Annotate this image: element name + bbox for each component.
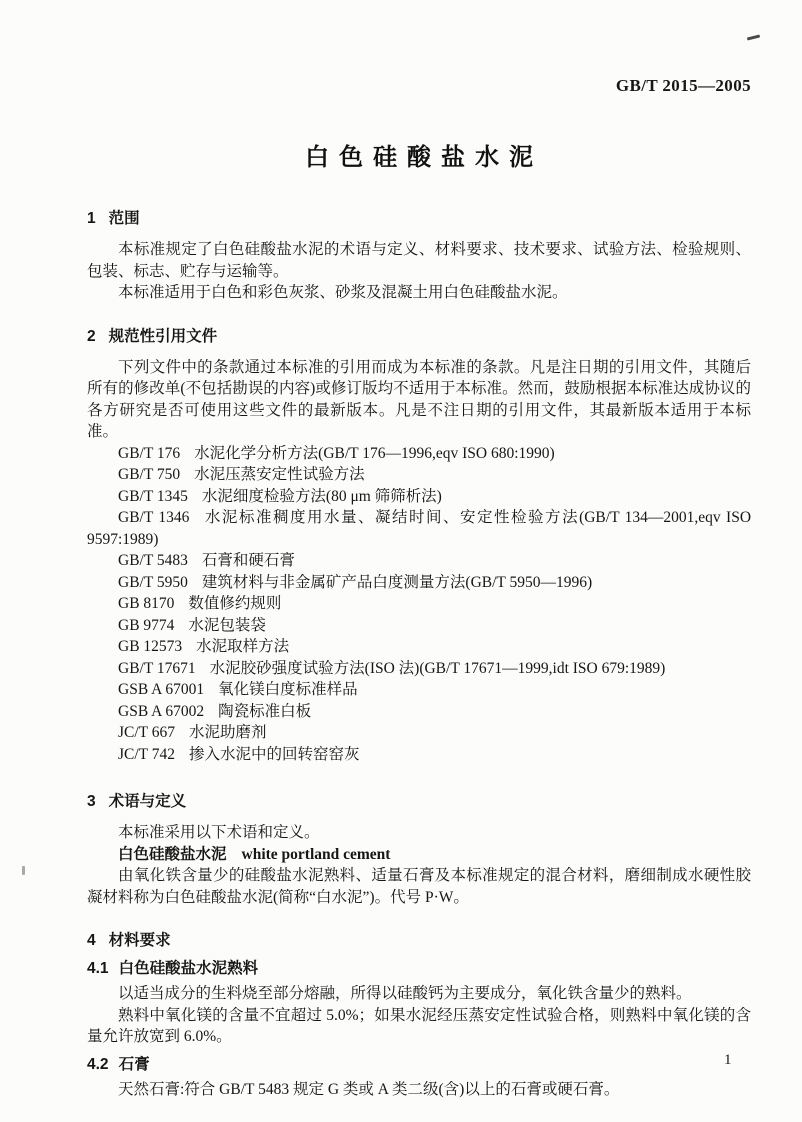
section-1-number: 1 bbox=[87, 210, 96, 227]
reference-item: GB/T 750水泥压蒸安定性试验方法 bbox=[87, 464, 751, 486]
reference-code: GB/T 5483 bbox=[118, 552, 188, 569]
reference-name: 数值修约规则 bbox=[188, 595, 281, 612]
reference-code: GB/T 1345 bbox=[118, 488, 188, 505]
section-4-2-paragraph-1: 天然石膏:符合 GB/T 5483 规定 G 类或 A 类二级(含)以上的石膏或… bbox=[87, 1079, 751, 1101]
reference-code: GSB A 67002 bbox=[118, 703, 204, 720]
reference-item: GB 9774水泥包装袋 bbox=[87, 615, 751, 637]
section-4-1-paragraph-1: 以适当成分的生料烧至部分熔融，所得以硅酸钙为主要成分，氧化铁含量少的熟料。 bbox=[87, 983, 751, 1005]
reference-code: GB/T 17671 bbox=[118, 660, 196, 677]
reference-item: GB 12573水泥取样方法 bbox=[87, 636, 751, 658]
section-2-number: 2 bbox=[87, 328, 96, 345]
reference-item: GSB A 67001氧化镁白度标准样品 bbox=[87, 679, 751, 701]
reference-name: 陶瓷标准白板 bbox=[218, 703, 311, 720]
document-content: GB/T 2015—2005 白色硅酸盐水泥 1范围 本标准规定了白色硅酸盐水泥… bbox=[87, 76, 751, 1100]
standard-code: GB/T 2015—2005 bbox=[87, 76, 751, 96]
section-1-paragraph-2: 本标准适用于白色和彩色灰浆、砂浆及混凝土用白色硅酸盐水泥。 bbox=[87, 282, 751, 304]
reference-item: GB/T 5950建筑材料与非金属矿产品白度测量方法(GB/T 5950—199… bbox=[87, 572, 751, 594]
reference-item: GB/T 17671水泥胶砂强度试验方法(ISO 法)(GB/T 17671—1… bbox=[87, 658, 751, 680]
scan-edge-tick-mark bbox=[22, 866, 25, 875]
document-page: GB/T 2015—2005 白色硅酸盐水泥 1范围 本标准规定了白色硅酸盐水泥… bbox=[0, 0, 802, 1122]
reference-name: 建筑材料与非金属矿产品白度测量方法(GB/T 5950—1996) bbox=[202, 574, 592, 591]
reference-name: 水泥包装袋 bbox=[188, 617, 266, 634]
reference-name: 水泥压蒸安定性试验方法 bbox=[194, 466, 365, 483]
section-3-paragraph-2: 由氧化铁含量少的硅酸盐水泥熟料、适量石膏及本标准规定的混合材料，磨细制成水硬性胶… bbox=[87, 865, 751, 908]
reference-list: GB/T 176水泥化学分析方法(GB/T 176—1996,eqv ISO 6… bbox=[87, 443, 751, 766]
page-number: 1 bbox=[724, 1051, 732, 1069]
reference-code: GB/T 1346 bbox=[118, 509, 189, 526]
section-3-paragraph-1: 本标准采用以下术语和定义。 bbox=[87, 822, 751, 844]
reference-code: GB/T 5950 bbox=[118, 574, 188, 591]
reference-item: GB/T 5483石膏和硬石膏 bbox=[87, 550, 751, 572]
section-4-2-number: 4.2 bbox=[87, 1056, 109, 1073]
reference-item: JC/T 667水泥助磨剂 bbox=[87, 722, 751, 744]
term-definition-heading: 白色硅酸盐水泥white portland cement bbox=[87, 844, 751, 866]
reference-item: GB/T 1346水泥标准稠度用水量、凝结时间、安定性检验方法(GB/T 134… bbox=[87, 507, 751, 550]
reference-name: 水泥取样方法 bbox=[196, 638, 289, 655]
reference-code: GB 9774 bbox=[118, 617, 174, 634]
section-1-heading: 1范围 bbox=[87, 208, 751, 230]
reference-item: GB 8170数值修约规则 bbox=[87, 593, 751, 615]
section-4-1-heading: 4.1白色硅酸盐水泥熟料 bbox=[87, 958, 751, 980]
section-4-1-title: 白色硅酸盐水泥熟料 bbox=[119, 960, 259, 977]
reference-name: 水泥细度检验方法(80 μm 筛筛析法) bbox=[202, 488, 442, 505]
reference-code: JC/T 742 bbox=[118, 746, 175, 763]
reference-code: GB/T 176 bbox=[118, 445, 180, 462]
section-4-heading: 4材料要求 bbox=[87, 930, 751, 952]
reference-name: 水泥助磨剂 bbox=[189, 724, 267, 741]
reference-name: 掺入水泥中的回转窑窑灰 bbox=[189, 746, 360, 763]
section-2-title: 规范性引用文件 bbox=[109, 328, 218, 345]
section-1-title: 范围 bbox=[109, 210, 140, 227]
section-4-title: 材料要求 bbox=[109, 932, 171, 949]
section-2-intro: 下列文件中的条款通过本标准的引用而成为本标准的条款。凡是注日期的引用文件，其随后… bbox=[87, 357, 751, 443]
reference-item: GB/T 1345水泥细度检验方法(80 μm 筛筛析法) bbox=[87, 486, 751, 508]
reference-item: JC/T 742掺入水泥中的回转窑窑灰 bbox=[87, 744, 751, 766]
section-1-paragraph-1: 本标准规定了白色硅酸盐水泥的术语与定义、材料要求、技术要求、试验方法、检验规则、… bbox=[87, 239, 751, 282]
term-english: white portland cement bbox=[242, 846, 391, 863]
scan-corner-mark bbox=[747, 34, 760, 40]
reference-name: 石膏和硬石膏 bbox=[202, 552, 295, 569]
reference-code: GSB A 67001 bbox=[118, 681, 204, 698]
reference-name: 氧化镁白度标准样品 bbox=[218, 681, 358, 698]
section-4-1-number: 4.1 bbox=[87, 960, 109, 977]
term-chinese: 白色硅酸盐水泥 bbox=[118, 846, 227, 863]
section-2-heading: 2规范性引用文件 bbox=[87, 326, 751, 348]
reference-item: GB/T 176水泥化学分析方法(GB/T 176—1996,eqv ISO 6… bbox=[87, 443, 751, 465]
reference-code: GB/T 750 bbox=[118, 466, 180, 483]
document-title: 白色硅酸盐水泥 bbox=[87, 142, 751, 174]
reference-code: JC/T 667 bbox=[118, 724, 175, 741]
section-4-number: 4 bbox=[87, 932, 96, 949]
section-4-2-heading: 4.2石膏 bbox=[87, 1054, 751, 1076]
section-3-heading: 3术语与定义 bbox=[87, 791, 751, 813]
reference-name: 水泥胶砂强度试验方法(ISO 法)(GB/T 17671—1999,idt IS… bbox=[210, 660, 666, 677]
reference-item: GSB A 67002陶瓷标准白板 bbox=[87, 701, 751, 723]
section-3-number: 3 bbox=[87, 793, 96, 810]
reference-code: GB 8170 bbox=[118, 595, 174, 612]
reference-code: GB 12573 bbox=[118, 638, 182, 655]
section-4-1-paragraph-2: 熟料中氧化镁的含量不宜超过 5.0%；如果水泥经压蒸安定性试验合格，则熟料中氧化… bbox=[87, 1005, 751, 1048]
reference-name: 水泥化学分析方法(GB/T 176—1996,eqv ISO 680:1990) bbox=[194, 445, 555, 462]
section-4-2-title: 石膏 bbox=[119, 1056, 150, 1073]
section-3-title: 术语与定义 bbox=[109, 793, 187, 810]
